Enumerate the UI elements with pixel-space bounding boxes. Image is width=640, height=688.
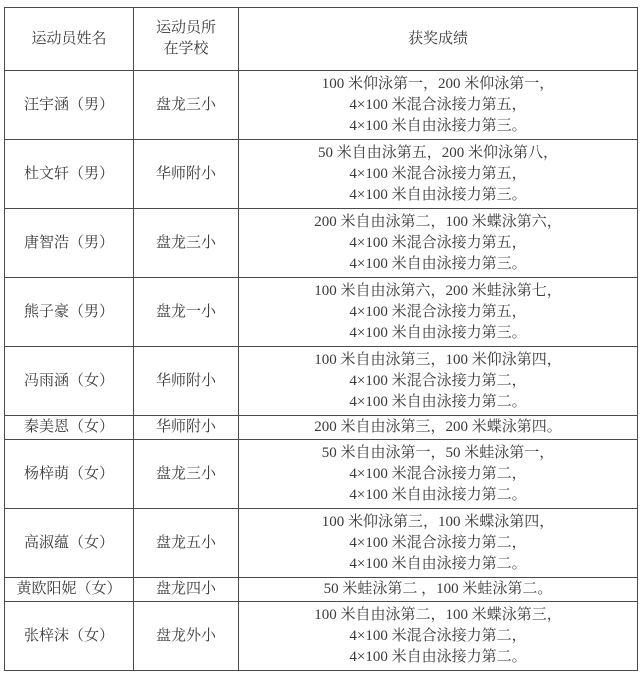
swim-results-table: 运动员姓名 运动员所 在学校 获奖成绩 汪宇涵（男）盘龙三小100 米仰泳第一，… <box>4 7 638 671</box>
athlete-school-cell: 华师附小 <box>134 347 239 416</box>
athlete-name-cell: 唐智浩（男） <box>5 209 134 278</box>
athlete-name-cell: 杨梓萌（女） <box>5 440 134 509</box>
header-athlete-name: 运动员姓名 <box>5 8 134 71</box>
award-results-cell: 50 米自由泳第一，50 米蛙泳第一， 4×100 米混合泳接力第二， 4×10… <box>239 440 638 509</box>
header-award-results: 获奖成绩 <box>239 8 638 71</box>
award-results-cell: 100 米自由泳第三，100 米仰泳第四， 4×100 米混合泳接力第二， 4×… <box>239 347 638 416</box>
table-row: 高淑蕴（女）盘龙五小100 米仰泳第三，100 米蝶泳第四， 4×100 米混合… <box>5 509 638 578</box>
table-row: 张梓沫（女）盘龙外小100 米自由泳第二，100 米蝶泳第三， 4×100 米混… <box>5 602 638 671</box>
table-row: 汪宇涵（男）盘龙三小100 米仰泳第一，200 米仰泳第一， 4×100 米混合… <box>5 71 638 140</box>
award-results-cell: 50 米自由泳第五，200 米仰泳第八， 4×100 米混合泳接力第五， 4×1… <box>239 140 638 209</box>
results-table-page: 运动员姓名 运动员所 在学校 获奖成绩 汪宇涵（男）盘龙三小100 米仰泳第一，… <box>0 0 640 688</box>
athlete-school-cell: 盘龙三小 <box>134 71 239 140</box>
athlete-school-cell: 华师附小 <box>134 140 239 209</box>
table-row: 杜文轩（男）华师附小50 米自由泳第五，200 米仰泳第八， 4×100 米混合… <box>5 140 638 209</box>
athlete-name-cell: 汪宇涵（男） <box>5 71 134 140</box>
athlete-name-cell: 黄欧阳妮（女） <box>5 578 134 602</box>
athlete-name-cell: 高淑蕴（女） <box>5 509 134 578</box>
award-results-cell: 100 米自由泳第二，100 米蝶泳第三， 4×100 米混合泳接力第二， 4×… <box>239 602 638 671</box>
athlete-school-cell: 盘龙四小 <box>134 578 239 602</box>
table-row: 熊子豪（男）盘龙一小100 米自由泳第六，200 米蛙泳第七， 4×100 米混… <box>5 278 638 347</box>
athlete-school-cell: 盘龙三小 <box>134 209 239 278</box>
award-results-cell: 200 米自由泳第三，200 米蝶泳第四。 <box>239 416 638 440</box>
award-results-cell: 100 米仰泳第一，200 米仰泳第一， 4×100 米混合泳接力第五， 4×1… <box>239 71 638 140</box>
athlete-name-cell: 杜文轩（男） <box>5 140 134 209</box>
table-row: 唐智浩（男）盘龙三小200 米自由泳第二，100 米蝶泳第六， 4×100 米混… <box>5 209 638 278</box>
athlete-school-cell: 盘龙五小 <box>134 509 239 578</box>
table-header-row: 运动员姓名 运动员所 在学校 获奖成绩 <box>5 8 638 71</box>
athlete-name-cell: 冯雨涵（女） <box>5 347 134 416</box>
athlete-name-cell: 秦美恩（女） <box>5 416 134 440</box>
table-row: 秦美恩（女）华师附小200 米自由泳第三，200 米蝶泳第四。 <box>5 416 638 440</box>
award-results-cell: 200 米自由泳第二，100 米蝶泳第六， 4×100 米混合泳接力第五， 4×… <box>239 209 638 278</box>
athlete-school-cell: 盘龙一小 <box>134 278 239 347</box>
athlete-name-cell: 熊子豪（男） <box>5 278 134 347</box>
table-body: 汪宇涵（男）盘龙三小100 米仰泳第一，200 米仰泳第一， 4×100 米混合… <box>5 71 638 671</box>
table-row: 黄欧阳妮（女）盘龙四小50 米蛙泳第二 ，100 米蛙泳第二。 <box>5 578 638 602</box>
athlete-name-cell: 张梓沫（女） <box>5 602 134 671</box>
athlete-school-cell: 盘龙三小 <box>134 440 239 509</box>
athlete-school-cell: 盘龙外小 <box>134 602 239 671</box>
award-results-cell: 50 米蛙泳第二 ，100 米蛙泳第二。 <box>239 578 638 602</box>
athlete-school-cell: 华师附小 <box>134 416 239 440</box>
header-athlete-school: 运动员所 在学校 <box>134 8 239 71</box>
award-results-cell: 100 米自由泳第六，200 米蛙泳第七， 4×100 米混合泳接力第五， 4×… <box>239 278 638 347</box>
award-results-cell: 100 米仰泳第三，100 米蝶泳第四， 4×100 米混合泳接力第二， 4×1… <box>239 509 638 578</box>
table-row: 冯雨涵（女）华师附小100 米自由泳第三，100 米仰泳第四， 4×100 米混… <box>5 347 638 416</box>
table-row: 杨梓萌（女）盘龙三小50 米自由泳第一，50 米蛙泳第一， 4×100 米混合泳… <box>5 440 638 509</box>
